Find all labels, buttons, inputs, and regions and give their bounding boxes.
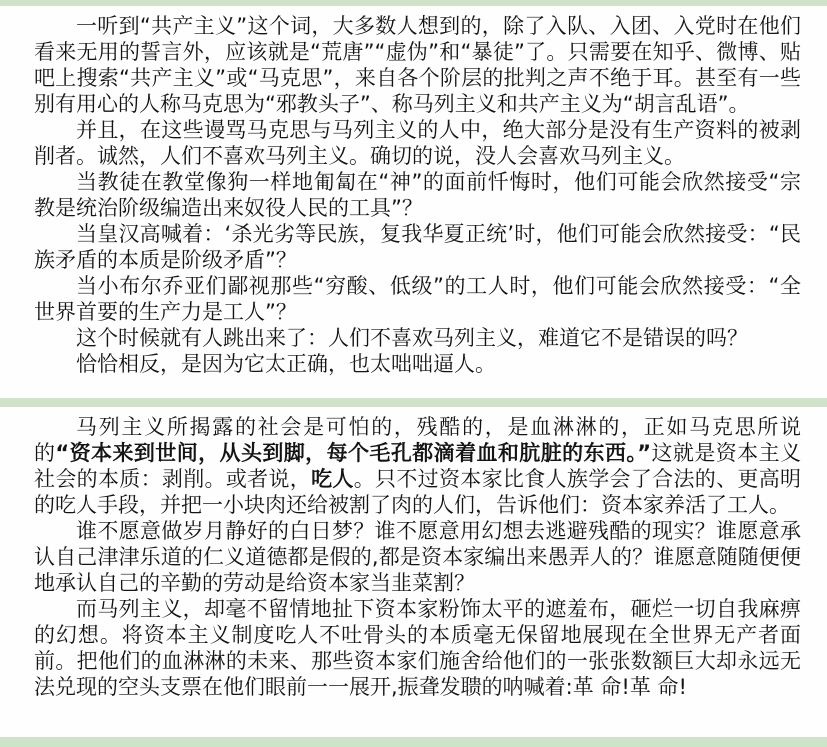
paragraph: 这个时候就有人跳出来了：人们不喜欢马列主义，难道它不是错误的吗？ bbox=[34, 325, 801, 351]
paragraph: 并且，在这些谩骂马克思与马列主义的人中，绝大部分是没有生产资料的被剥削者。诚然，… bbox=[34, 117, 801, 169]
paragraph: 一听到“共产主义”这个词，大多数人想到的，除了入队、入团、入党时在他们看来无用的… bbox=[34, 13, 801, 117]
paragraph: 谁不愿意做岁月静好的白日梦？谁不愿意用幻想去逃避残酷的现实？谁愿意承认自己津津乐… bbox=[34, 518, 801, 596]
text-section-2: 马列主义所揭露的社会是可怕的，残酷的，是血淋淋的，正如马克思所说的“资本来到世间… bbox=[0, 407, 827, 737]
bold-emphasis: “资本来到世间，从头到脚，每个毛孔都滴着血和肮脏的东西。” bbox=[55, 441, 651, 465]
document-page: 一听到“共产主义”这个词，大多数人想到的，除了入队、入团、入党时在他们看来无用的… bbox=[0, 0, 827, 747]
bottom-border bbox=[0, 737, 827, 747]
paragraph: 当小布尔乔亚们鄙视那些“穷酸、低级”的工人时，他们可能会欣然接受：“全世界首要的… bbox=[34, 273, 801, 325]
section-divider bbox=[0, 398, 827, 407]
text-section-1: 一听到“共产主义”这个词，大多数人想到的，除了入队、入团、入党时在他们看来无用的… bbox=[0, 6, 827, 398]
paragraph: 而马列主义，却毫不留情地扯下资本家粉饰太平的遮羞布，砸烂一切自我麻痹的幻想。将资… bbox=[34, 596, 801, 700]
paragraph: 恰恰相反，是因为它太正确，也太咄咄逼人。 bbox=[34, 351, 801, 377]
paragraph: 当皇汉高喊着：‘杀光劣等民族，复我华夏正统’时，他们可能会欣然接受：“民族矛盾的… bbox=[34, 221, 801, 273]
bold-emphasis: 吃人 bbox=[311, 467, 354, 491]
paragraph: 马列主义所揭露的社会是可怕的，残酷的，是血淋淋的，正如马克思所说的“资本来到世间… bbox=[34, 414, 801, 518]
paragraph: 当教徒在教堂像狗一样地匍匐在“神”的面前忏悔时，他们可能会欣然接受“宗教是统治阶… bbox=[34, 169, 801, 221]
